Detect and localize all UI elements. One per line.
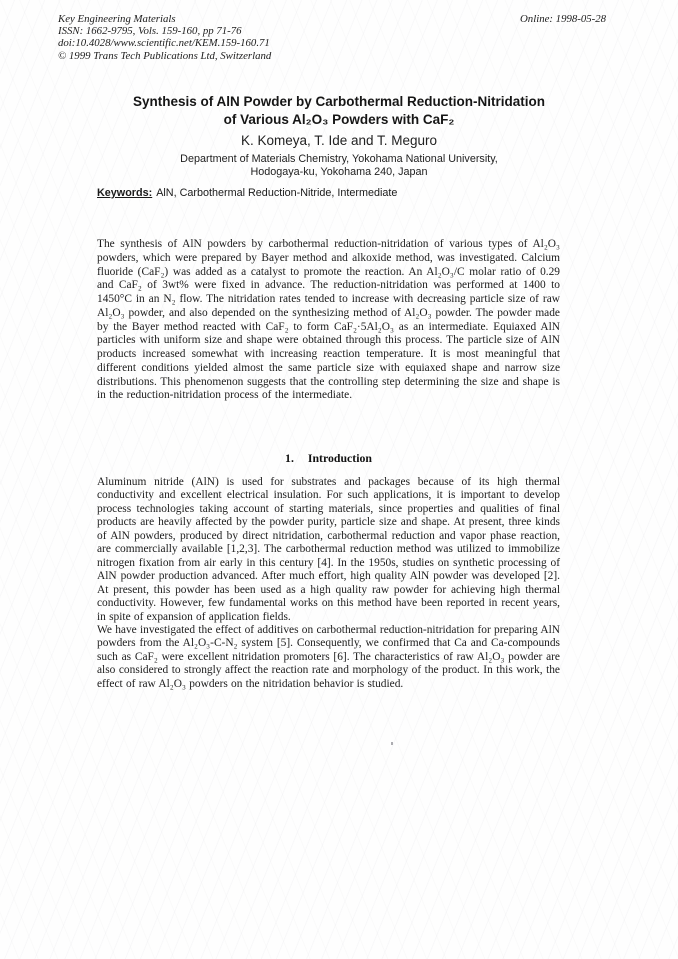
section-1-number: 1. [285, 451, 294, 465]
introduction-paragraph-1: Aluminum nitride (AlN) is used for subst… [97, 476, 560, 624]
keywords-label: Keywords: [97, 187, 152, 199]
paper-title-line-1: Synthesis of AlN Powder by Carbothermal … [60, 93, 618, 111]
introduction-paragraph-2: We have investigated the effect of addit… [97, 624, 560, 691]
paper-title-line-2: of Various Al₂O₃ Powders with CaF₂ [60, 111, 618, 129]
abstract-paragraph: The synthesis of AlN powders by carbothe… [97, 238, 560, 403]
keywords-text: AlN, Carbothermal Reduction-Nitride, Int… [156, 187, 397, 199]
introduction-section: Aluminum nitride (AlN) is used for subst… [97, 476, 560, 691]
online-date: Online: 1998-05-28 [520, 13, 606, 25]
abstract-block: The synthesis of AlN powders by carbothe… [97, 238, 560, 403]
journal-doi-line: doi:10.4028/www.scientific.net/KEM.159-1… [58, 37, 271, 49]
section-1-heading: 1.Introduction [97, 451, 560, 466]
journal-issn-line: ISSN: 1662-9795, Vols. 159-160, pp 71-76 [58, 25, 271, 37]
paper-title: Synthesis of AlN Powder by Carbothermal … [60, 93, 618, 128]
affiliation-line-1: Department of Materials Chemistry, Yokoh… [60, 153, 618, 166]
affiliation-block: Department of Materials Chemistry, Yokoh… [60, 153, 618, 179]
journal-name: Key Engineering Materials [58, 13, 271, 25]
journal-copyright-line: © 1999 Trans Tech Publications Ltd, Swit… [58, 50, 271, 62]
affiliation-line-2: Hodogaya-ku, Yokohama 240, Japan [60, 166, 618, 179]
authors-line: K. Komeya, T. Ide and T. Meguro [60, 133, 618, 148]
scan-artifact-speck [391, 742, 393, 745]
scanned-paper-page: Key Engineering Materials ISSN: 1662-979… [0, 0, 678, 959]
section-1-title: Introduction [308, 451, 372, 465]
journal-info-block: Key Engineering Materials ISSN: 1662-979… [58, 13, 271, 62]
keywords-line: Keywords:AlN, Carbothermal Reduction-Nit… [97, 187, 583, 199]
